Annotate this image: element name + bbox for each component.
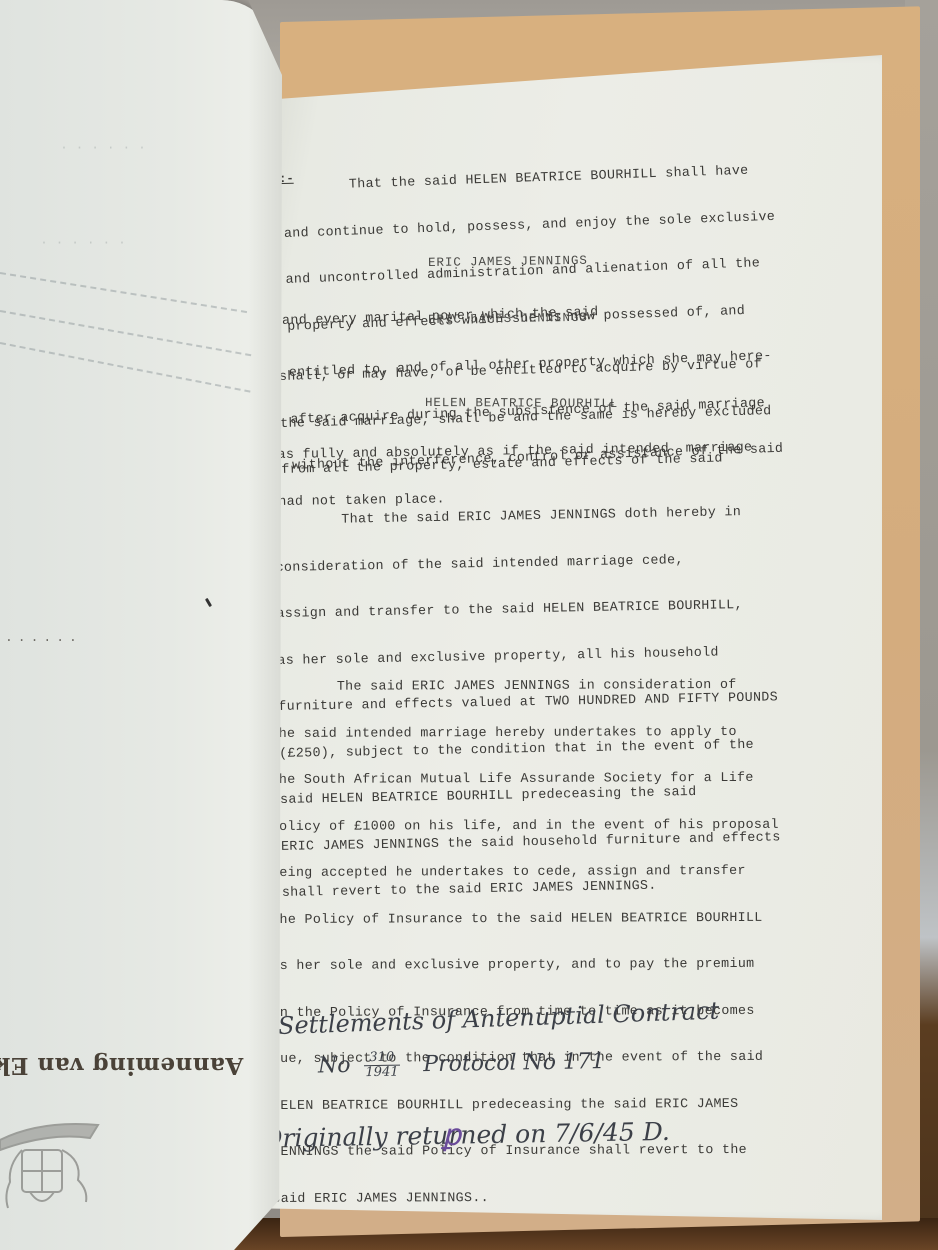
show-through-text: · · · · · · — [60, 140, 146, 155]
upside-down-heading: Aanneming van Ek — [0, 1052, 243, 1079]
text-line: said ERIC JAMES JENNINGS.. — [272, 1188, 780, 1206]
handwritten-reference: No 310 1941 Protocol No 171 — [318, 1047, 606, 1081]
protocol-number: Protocol No 171 — [423, 1048, 605, 1076]
text-line: the South African Mutual Life Assurande … — [271, 770, 779, 788]
show-through-dotted-line — [0, 272, 247, 313]
text-line: the Policy of Insurance to the said HELE… — [271, 909, 779, 927]
text-line: shall, or may have, or be entitled to ac… — [279, 356, 771, 384]
text-line: HELEN BEATRICE BOURHILL predeceasing the… — [272, 1095, 780, 1113]
dotted-leader: ...... — [5, 630, 82, 645]
text-line: being accepted he undertakes to cede, as… — [271, 863, 779, 881]
text-line: That the said HELEN BEATRICE BOURHILL sh… — [282, 162, 774, 195]
fraction-denominator: 1941 — [365, 1066, 398, 1081]
text-line: Policy of £1000 on his life, and in the … — [271, 816, 779, 834]
show-through-text: · · · · · · — [40, 235, 126, 250]
text-line: The said ERIC JAMES JENNINGS in consider… — [270, 677, 778, 695]
text-line: consideration of the said intended marri… — [275, 550, 775, 575]
text-line: assign and transfer to the said HELEN BE… — [276, 596, 776, 621]
left-page: · · · · · · · · · · · · ...... Aanneming… — [0, 0, 282, 1250]
ink-speck — [205, 598, 212, 607]
text-line: as her sole and exclusive property, and … — [271, 956, 779, 974]
coat-of-arms-icon — [0, 1120, 100, 1215]
text-line: That the said ERIC JAMES JENNINGS doth h… — [275, 503, 775, 528]
reference-fraction: 310 1941 — [363, 1051, 400, 1081]
text-line: the said intended marriage hereby undert… — [270, 723, 778, 741]
purple-ink-mark: ꝑ — [442, 1118, 461, 1153]
party-name-centered: HELEN BEATRICE BOURHILL — [425, 396, 618, 411]
party-name-centered: ERIC JAMES JENNINGS — [428, 254, 588, 270]
party-name-centered: ERIC JAMES JENNINGS — [428, 311, 588, 327]
initials: D. — [642, 1117, 670, 1146]
text-line: and continue to hold, possess, and enjoy… — [284, 208, 776, 241]
number-prefix: No — [318, 1053, 351, 1079]
text-line: as fully and absolutely as if the said i… — [277, 440, 752, 463]
